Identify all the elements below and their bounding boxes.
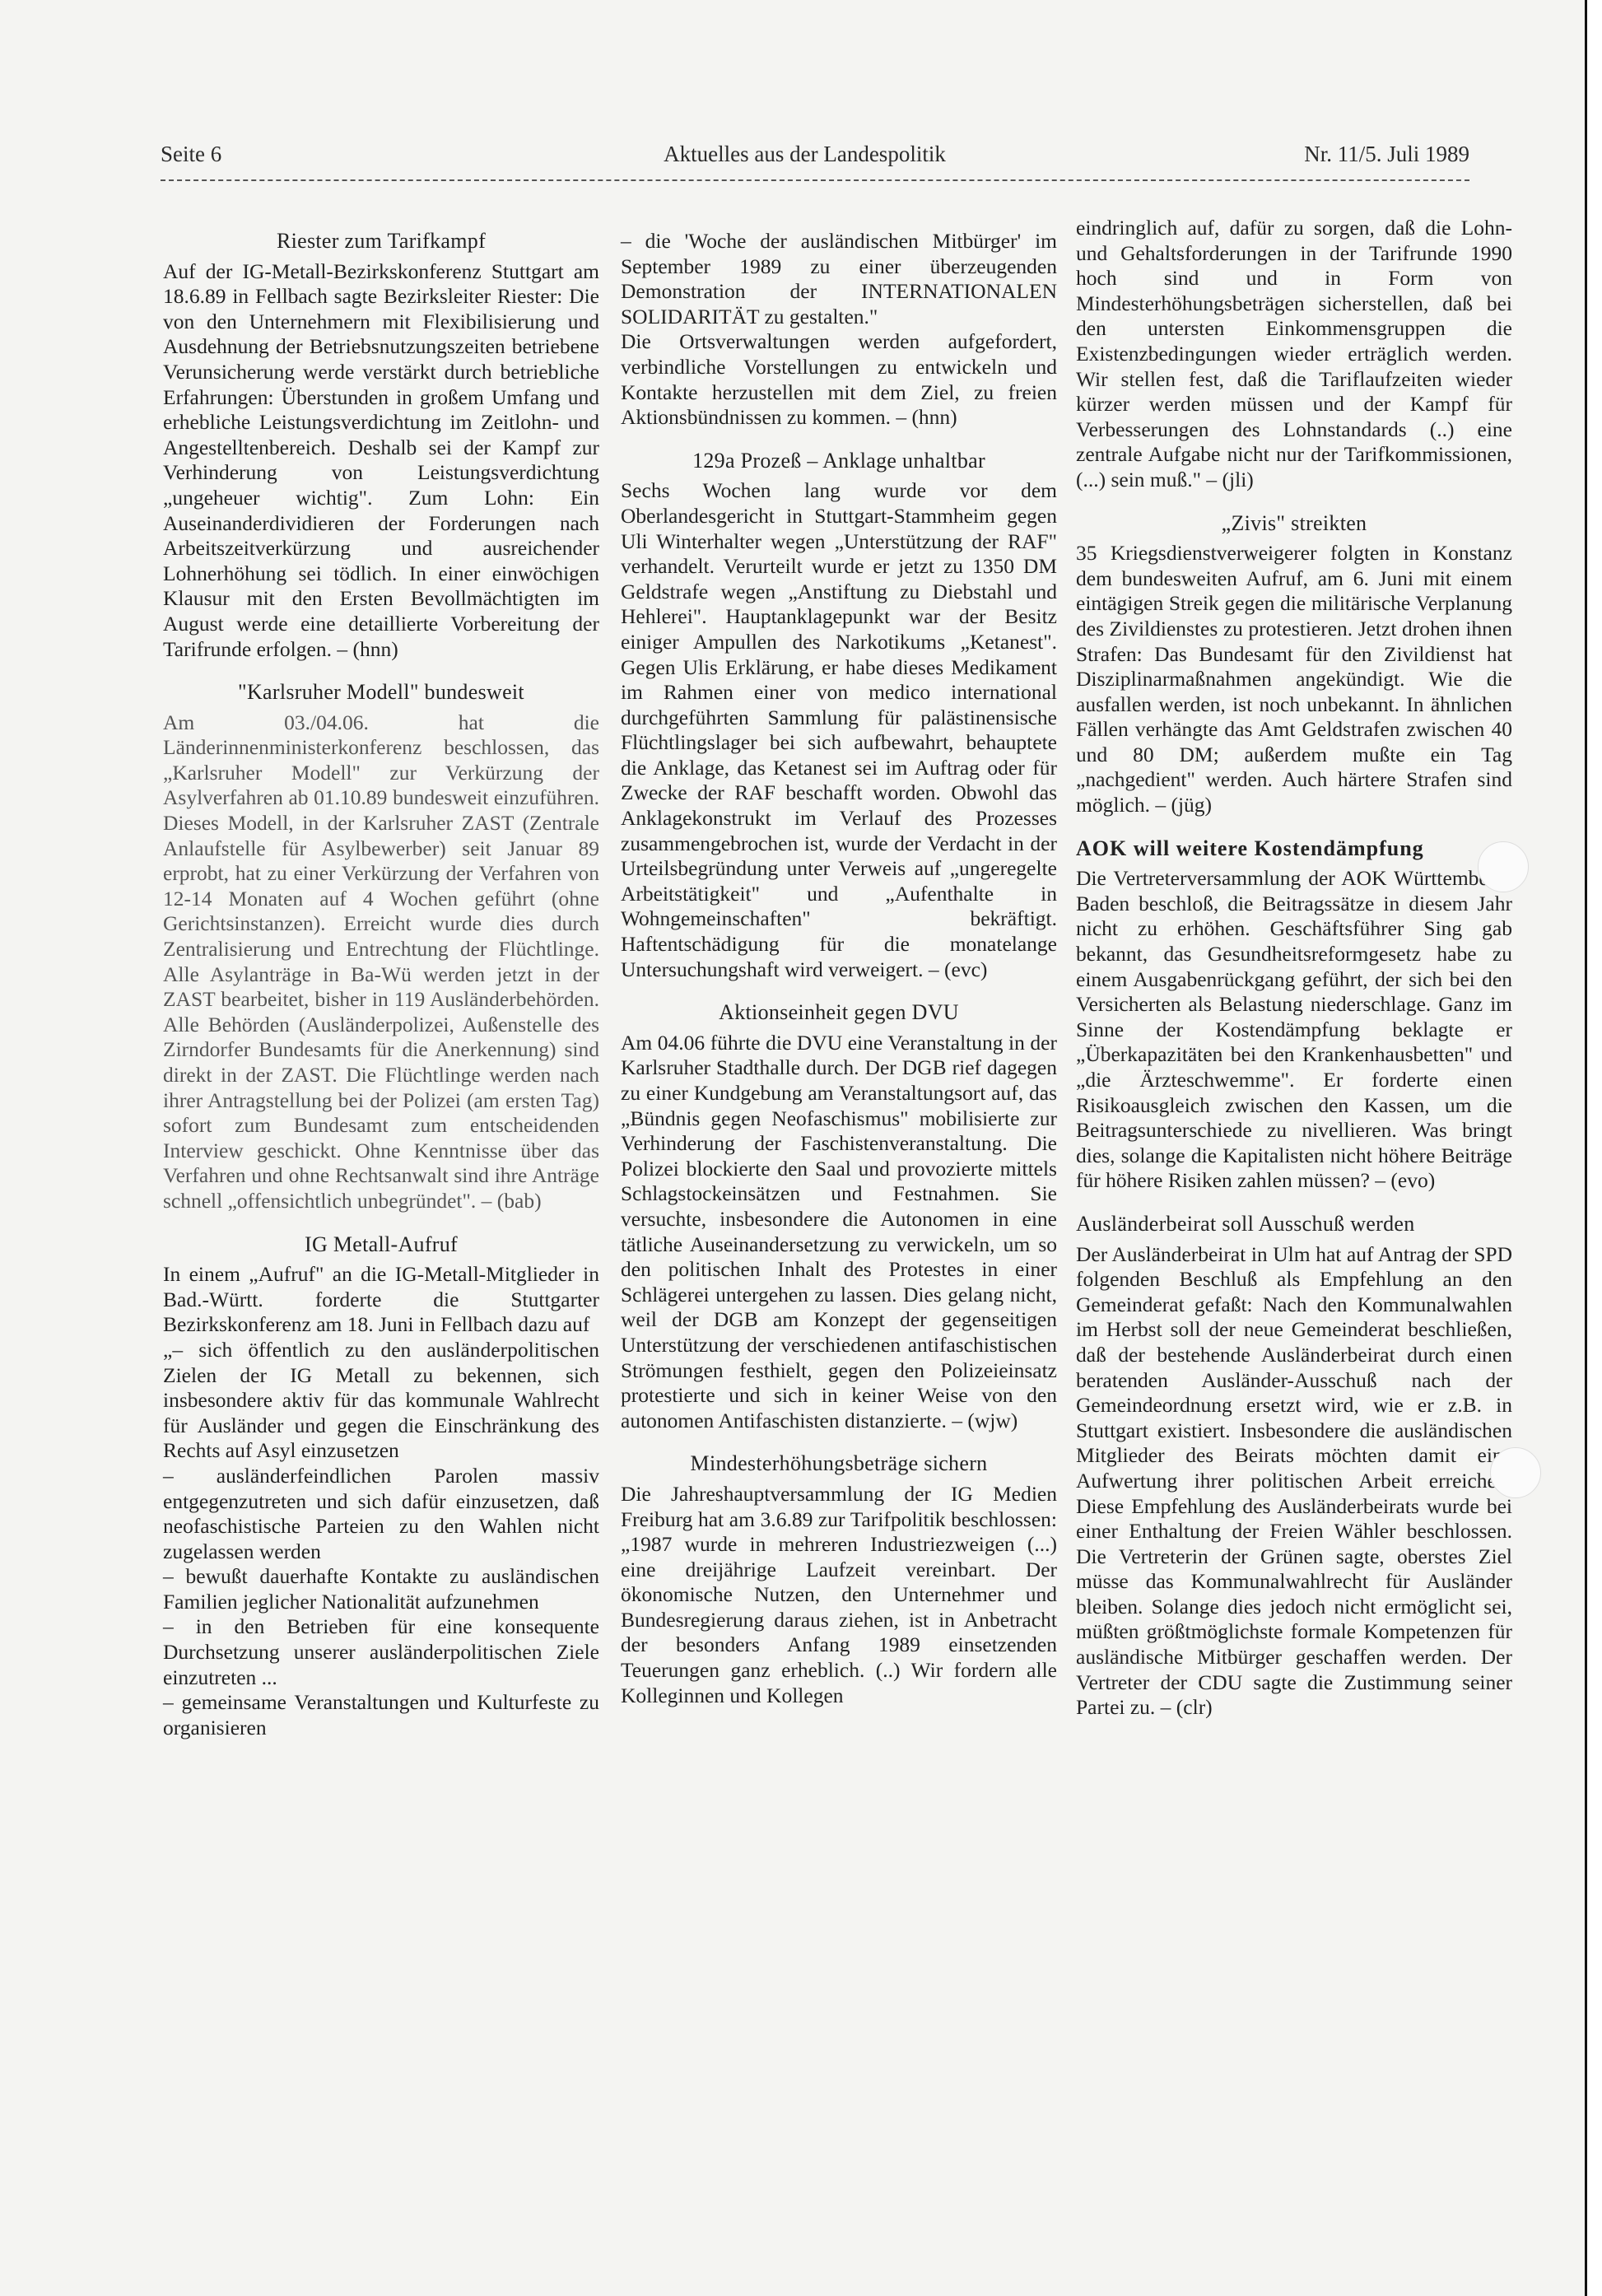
article-body: Am 04.06 führte die DVU eine Veranstaltu…	[621, 1031, 1057, 1434]
article-body: 35 Kriegsdienstverweigerer folgten in Ko…	[1076, 541, 1512, 818]
article-aktionseinheit-dvu: Aktionseinheit gegen DVU Am 04.06 führte…	[621, 1000, 1057, 1433]
article-body: Sechs Wochen lang wurde vor dem Oberland…	[621, 478, 1057, 982]
article-headline: Riester zum Tarifkampf	[163, 229, 599, 254]
article-body: Auf der IG-Metall-Bezirkskonferenz Stutt…	[163, 259, 599, 663]
list-item: – in den Betrieben für eine konsequente …	[163, 1614, 599, 1690]
column-1: Riester zum Tarifkampf Auf der IG-Metall…	[163, 229, 599, 1740]
article-body: Am 03./04.06. hat die Länderinnenministe…	[163, 710, 599, 1214]
article-headline: 129a Prozeß – Anklage unhaltbar	[621, 449, 1057, 474]
article-aok: AOK will weitere Kostendämpfung Die Vert…	[1076, 836, 1512, 1194]
article-riester: Riester zum Tarifkampf Auf der IG-Metall…	[163, 229, 599, 662]
section-title: Aktuelles aus der Landespolitik	[161, 142, 1449, 167]
article-ig-metall-aufruf-continued: – die 'Woche der ausländischen Mitbürger…	[621, 229, 1057, 431]
list-item: „– sich öffentlich zu den ausländerpolit…	[163, 1338, 599, 1464]
article-body: eindringlich auf, dafür zu sorgen, daß d…	[1076, 216, 1512, 493]
article-auslaenderbeirat: Ausländerbeirat soll Ausschuß werden Der…	[1076, 1212, 1512, 1721]
article-headline: „Zivis" streikten	[1076, 511, 1512, 537]
article-headline: "Karlsruher Modell" bundesweit	[163, 680, 599, 706]
list-item: – ausländerfeindlichen Parolen massiv en…	[163, 1464, 599, 1564]
issue-date: Nr. 11/5. Juli 1989	[1304, 142, 1469, 167]
article-headline: AOK will weitere Kostendämpfung	[1076, 836, 1512, 862]
article-headline: Aktionseinheit gegen DVU	[621, 1000, 1057, 1026]
article-zivis-streikten: „Zivis" streikten 35 Kriegsdienstverweig…	[1076, 511, 1512, 818]
article-headline: IG Metall-Aufruf	[163, 1232, 599, 1258]
article-mindesterhoehung-continued: eindringlich auf, dafür zu sorgen, daß d…	[1076, 216, 1512, 493]
list-item: – gemeinsame Veranstaltungen und Kulturf…	[163, 1690, 599, 1740]
article-body: In einem „Aufruf" an die IG-Metall-Mitgl…	[163, 1262, 599, 1338]
punch-hole	[1490, 1447, 1541, 1498]
page-edge	[1585, 0, 1602, 2296]
page-header: Seite 6 Aktuelles aus der Landespolitik …	[161, 142, 1449, 175]
article-mindesterhoehung: Mindesterhöhungsbeträge sichern Die Jahr…	[621, 1451, 1057, 1708]
header-divider	[161, 179, 1469, 181]
article-body: Die Vertreterversammlung der AOK Württem…	[1076, 866, 1512, 1194]
article-body: Der Ausländerbeirat in Ulm hat auf Antra…	[1076, 1242, 1512, 1721]
newspaper-page: Seite 6 Aktuelles aus der Landespolitik …	[0, 0, 1585, 2296]
article-ig-metall-aufruf: IG Metall-Aufruf In einem „Aufruf" an di…	[163, 1232, 599, 1741]
article-body: Die Jahreshauptversammlung der IG Medien…	[621, 1482, 1057, 1708]
list-item: – die 'Woche der ausländischen Mitbürger…	[621, 229, 1057, 329]
article-karlsruher-modell: "Karlsruher Modell" bundesweit Am 03./04…	[163, 680, 599, 1213]
article-headline: Ausländerbeirat soll Ausschuß werden	[1076, 1212, 1512, 1237]
article-129a-prozess: 129a Prozeß – Anklage unhaltbar Sechs Wo…	[621, 449, 1057, 982]
list-item: – bewußt dauerhafte Kontakte zu ausländi…	[163, 1564, 599, 1614]
article-headline: Mindesterhöhungsbeträge sichern	[621, 1451, 1057, 1477]
column-3: eindringlich auf, dafür zu sorgen, daß d…	[1076, 216, 1512, 1721]
article-body: Die Ortsverwaltungen werden aufgefordert…	[621, 329, 1057, 430]
column-2: – die 'Woche der ausländischen Mitbürger…	[621, 229, 1057, 1708]
punch-hole	[1478, 841, 1529, 892]
